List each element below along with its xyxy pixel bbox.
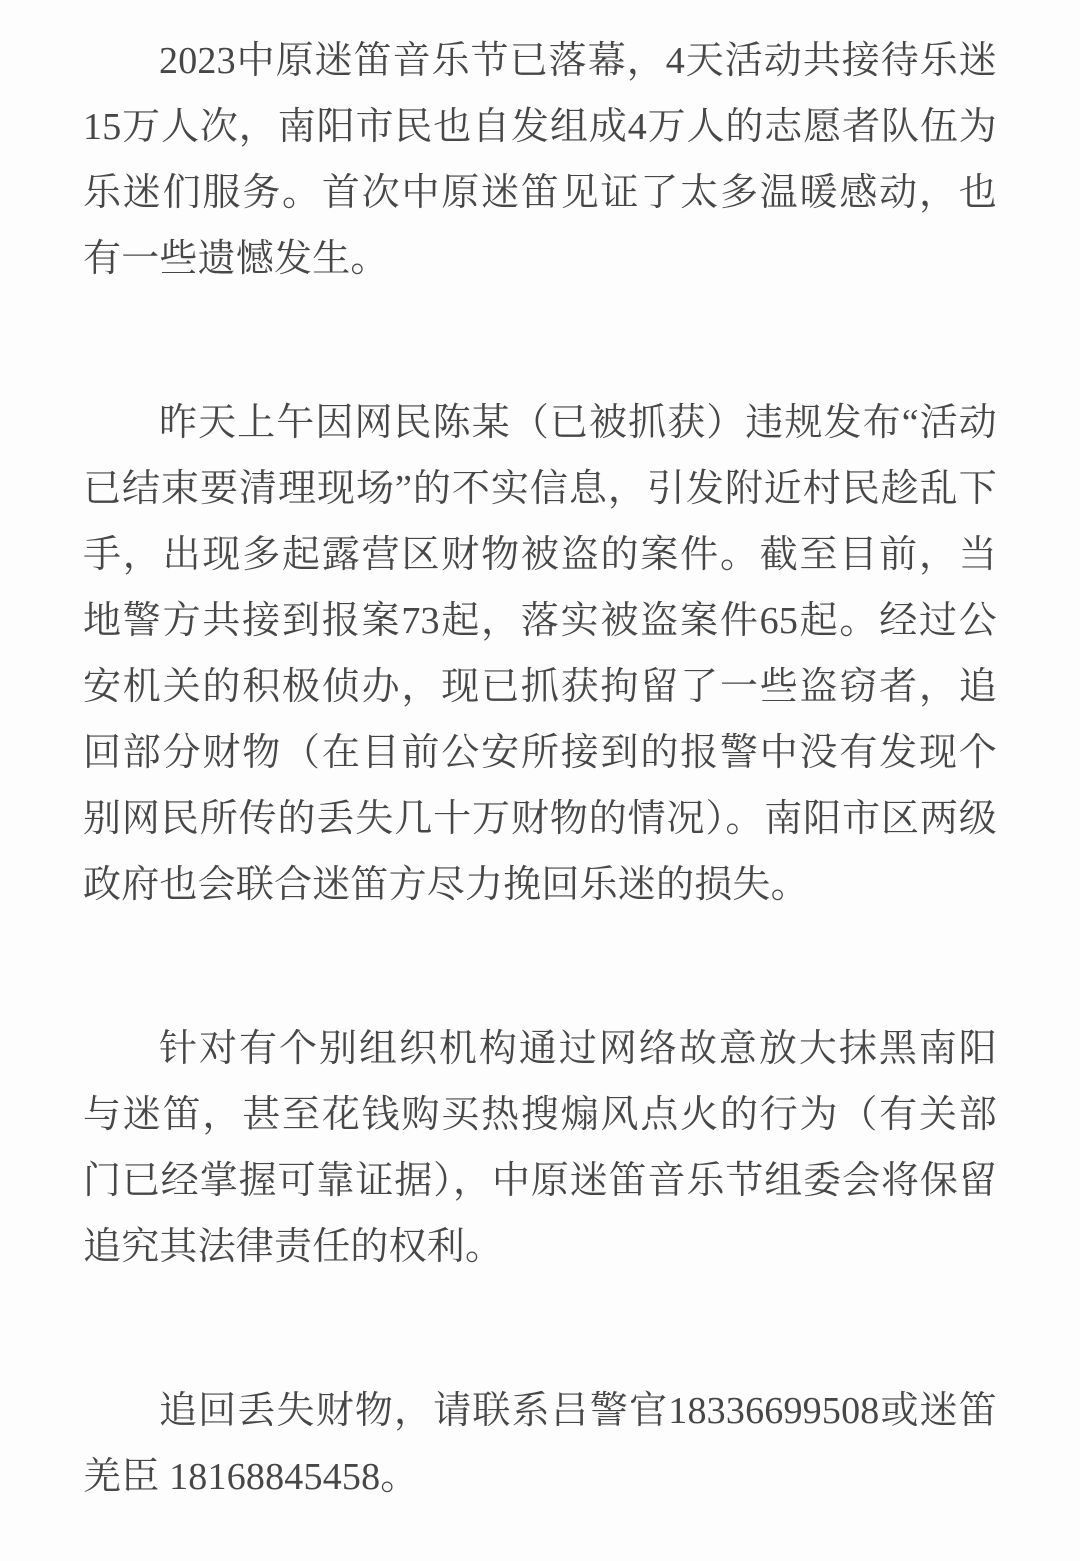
paragraph-contact-info: 追回丢失财物，请联系吕警官18336699508或迷笛羌臣 1816884545… <box>83 1378 997 1510</box>
article-body: 2023中原迷笛音乐节已落幕，4天活动共接待乐迷15万人次，南阳市民也自发组成4… <box>0 0 1080 1510</box>
paragraph-festival-summary: 2023中原迷笛音乐节已落幕，4天活动共接待乐迷15万人次，南阳市民也自发组成4… <box>83 28 997 292</box>
paragraph-theft-incident: 昨天上午因网民陈某（已被抓获）违规发布“活动已结束要清理现场”的不实信息，引发附… <box>83 390 997 918</box>
paragraph-legal-statement: 针对有个别组织机构通过网络故意放大抹黑南阳与迷笛，甚至花钱购买热搜煽风点火的行为… <box>83 1016 997 1280</box>
